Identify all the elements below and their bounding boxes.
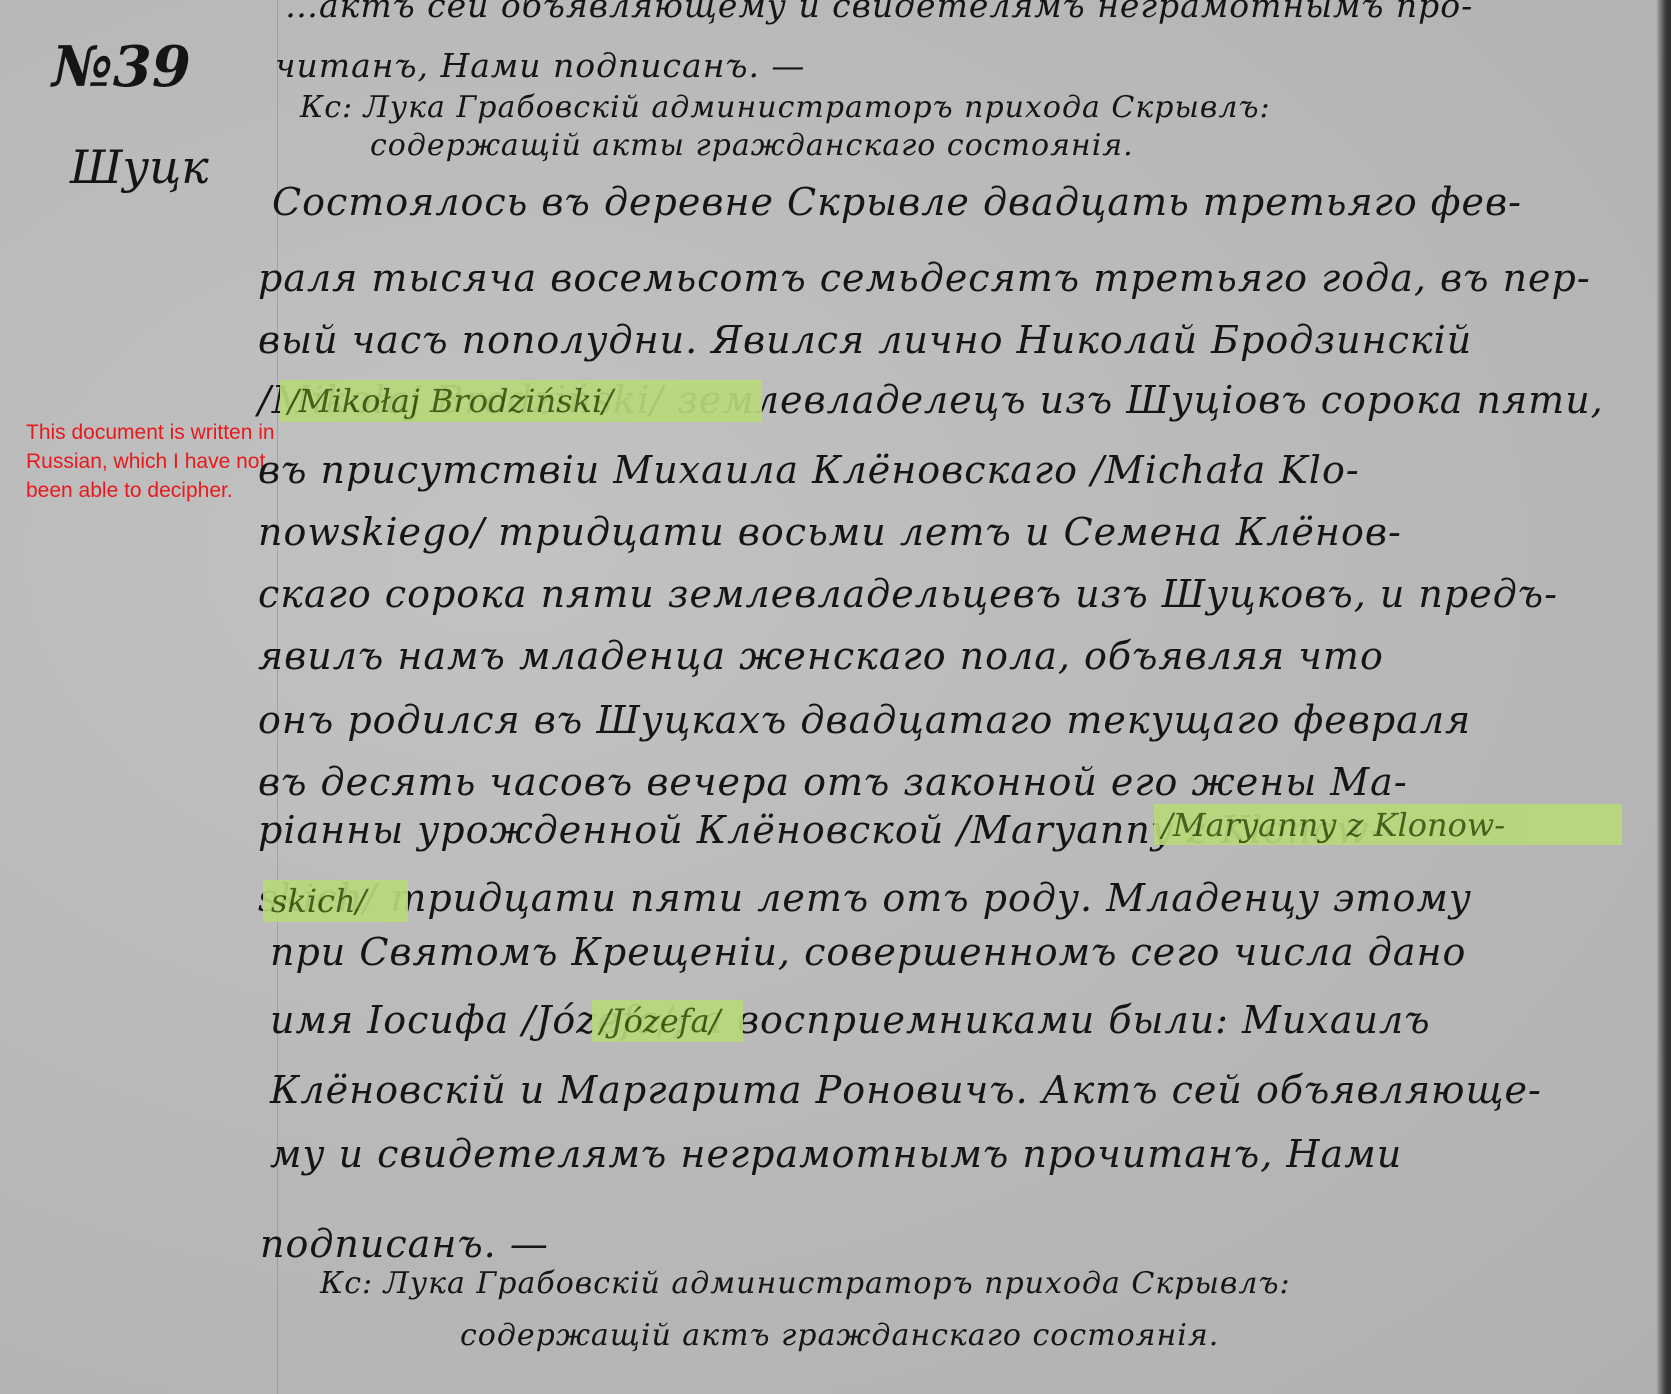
script-line: онъ родился въ Шуцкахъ двадцатаго текуща… bbox=[258, 698, 1471, 742]
script-line: подписанъ. — bbox=[260, 1222, 549, 1266]
script-line: скаго сорока пяти землевладельцевъ изъ Ш… bbox=[258, 572, 1558, 616]
script-line: Кс: Лука Грабовскiй администраторъ прихо… bbox=[320, 1266, 1291, 1301]
script-line: содержащiй актъ гражданскаго состоянiя. bbox=[460, 1318, 1219, 1353]
highlight-mother-name-continued: skich/ bbox=[263, 880, 408, 922]
script-line: раля тысяча восемьсотъ семьдесятъ третья… bbox=[258, 256, 1591, 300]
script-line: Клёновскiй и Маргарита Роновичъ. Актъ се… bbox=[270, 1068, 1542, 1112]
record-number: №39 bbox=[52, 34, 191, 100]
script-line: skich/ тридцати пяти летъ отъ роду. Млад… bbox=[258, 876, 1472, 920]
highlight-father-name: /Mikołaj Brodziński/ bbox=[280, 380, 762, 422]
script-line: му и свидетелямъ неграмотнымъ прочитанъ,… bbox=[270, 1132, 1402, 1176]
script-line: nowskiego/ тридцати восьми летъ и Семена… bbox=[258, 510, 1402, 554]
script-line: содержащiй акты гражданскаго состоянiя. bbox=[370, 128, 1134, 163]
script-line: въ десять часовъ вечера отъ законной его… bbox=[258, 760, 1408, 804]
highlight-child-name: /Józefa/ bbox=[592, 1000, 743, 1042]
highlight-mother-name: /Maryanny z Klonow- bbox=[1154, 804, 1622, 845]
script-line: Состоялось въ деревне Скрывле двадцать т… bbox=[272, 180, 1522, 224]
script-line: Кс: Лука Грабовскiй администраторъ прихо… bbox=[300, 90, 1271, 125]
script-line: читанъ, Нами подписанъ. — bbox=[275, 46, 805, 85]
script-line: въ присутствiи Михаила Клёновскаго /Mich… bbox=[258, 448, 1360, 492]
script-line: при Святомъ Крещенiи, совершенномъ сего … bbox=[270, 930, 1466, 974]
script-line: …актъ сей объявляющему и свидетелямъ нег… bbox=[285, 0, 1473, 25]
script-line: явилъ намъ младенца женскаго пола, объяв… bbox=[258, 634, 1384, 678]
page-edge bbox=[1657, 0, 1671, 1394]
place-margin-note: Шуцк bbox=[70, 140, 209, 194]
translator-annotation: This document is written in Russian, whi… bbox=[26, 418, 276, 505]
script-line: имя Iосифа /Józefa/; а восприемниками бы… bbox=[270, 998, 1431, 1042]
scanned-page: №39 Шуцк This document is written in Rus… bbox=[0, 0, 1671, 1394]
script-line: вый часъ пополудни. Явился лично Николай… bbox=[258, 318, 1472, 362]
